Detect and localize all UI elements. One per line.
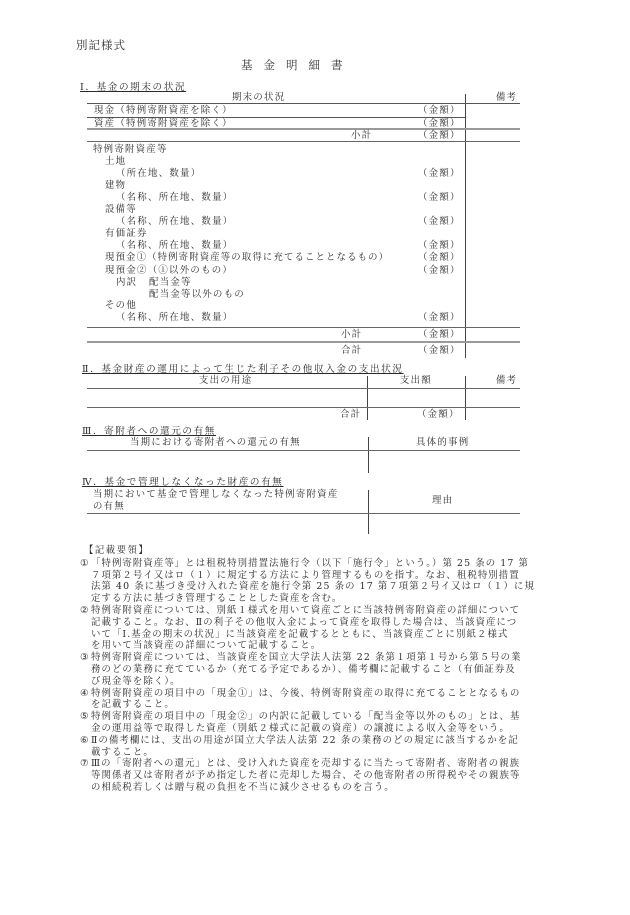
section2-total-rule — [87, 407, 520, 408]
deposit1-amount: （金額） — [418, 253, 461, 262]
section3-heading: Ⅲ．寄附者への還元の有無 — [82, 427, 216, 437]
col-header-use: 支出の用途 — [199, 376, 252, 385]
section4-heading: Ⅳ．基金で管理しなくなった財産の有無 — [82, 478, 283, 488]
row-cash-label: 現金（特例寄附資産を除く） — [94, 106, 233, 115]
deposit1-label: 現預金①（特例寄附資産等の取得に充てることとなるもの） — [105, 253, 389, 262]
item-equipment-label: 設備等 — [105, 205, 137, 214]
breakdown-label: 内訳 — [116, 278, 137, 287]
col-header-status: 期末の状況 — [232, 93, 285, 102]
row-cash-amount: （金額） — [418, 106, 461, 115]
note-text: 特例寄附資産の項目中の「現金①」は、今後、特例寄附資産の取得に充てることとなるも… — [91, 688, 550, 712]
notes-title: 【記載要領】 — [84, 545, 550, 557]
col-header-presence: 当期における寄附者への還元の有無 — [130, 438, 301, 447]
deposit2-amount: （金額） — [418, 266, 461, 275]
note-number: ⑦ — [80, 758, 91, 793]
note-number: ⑥ — [80, 735, 91, 759]
item-building-label: 建物 — [105, 181, 126, 190]
note-item: ⑦ Ⅲの「寄附者への還元」とは、受け入れた資産を売却するに当たって寄附者、寄附者… — [80, 758, 550, 793]
special-assets-heading: 特例寄附資産等 — [93, 145, 168, 154]
section3-header-rule — [87, 450, 520, 451]
note-text: Ⅲの「寄附者への還元」とは、受け入れた資産を売却するに当たって寄附者、寄附者の親… — [91, 758, 550, 793]
document-title: 基金明細書 — [241, 60, 354, 72]
item-other-amount: （金額） — [418, 313, 461, 322]
note-number: ② — [80, 605, 91, 652]
note-item: ② 特例寄附資産については、別紙１様式を用いて資産ごとに当該特例寄附資産の詳細に… — [80, 605, 550, 652]
col-header-amount: 支出額 — [400, 376, 432, 385]
breakdown-non-dividends: 配当金等以外のもの — [149, 290, 245, 299]
section1-divider — [465, 94, 466, 358]
note-number: ① — [80, 558, 91, 605]
note-text: 特例寄附資産の項目中の「現金②」の内訳に記載している「配当金等以外のもの」とは、… — [91, 711, 550, 735]
note-item: ⑤ 特例寄附資産の項目中の「現金②」の内訳に記載している「配当金等以外のもの」と… — [80, 711, 550, 735]
row-assets-label: 資産（特例寄附資産を除く） — [94, 119, 233, 128]
subtotal2-top-rule — [87, 327, 520, 328]
notes-section: 【記載要領】 ① 「特例寄附資産等」とは租税特別措置法施行令（以下「施行令」とい… — [80, 545, 550, 794]
note-text: Ⅱの備考欄には、支出の用途が国立大学法人法第 22 条の業務のどの規定に該当する… — [91, 735, 550, 759]
item-land-detail: （所在地、数量） — [116, 169, 201, 178]
form-label: 別記様式 — [76, 40, 126, 52]
item-other-detail: （名称、所在地、数量） — [116, 313, 233, 322]
subtotal1-rule — [87, 141, 520, 142]
item-equipment-amount: （金額） — [418, 217, 461, 226]
section2-total-amount: （金額） — [417, 410, 460, 419]
note-item: ④ 特例寄附資産の項目中の「現金①」は、今後、特例寄附資産の取得に充てることとな… — [80, 688, 550, 712]
subtotal2-label: 小計 — [341, 330, 362, 339]
col-header-presence-line1: 当期において基金で管理しなくなった特例寄附資産 — [93, 490, 339, 499]
subtotal2-amount: （金額） — [418, 330, 461, 339]
note-text: 特例寄附資産については、別紙１様式を用いて資産ごとに当該特例寄附資産の詳細につい… — [91, 605, 550, 652]
section4-divider — [368, 490, 369, 534]
item-land-amount: （金額） — [418, 169, 461, 178]
item-land-label: 土地 — [105, 157, 126, 166]
deposit2-label: 現預金②（①以外のもの） — [105, 266, 233, 275]
note-item: ③ 特例寄附資産については、当該資産を国立大学法人法第 22 条第１項第１号から… — [80, 652, 550, 687]
section2-divider-2 — [465, 376, 466, 420]
item-equipment-detail: （名称、所在地、数量） — [116, 217, 233, 226]
note-text: 「特例寄附資産等」とは租税特別措置法施行令（以下「施行令」という。）第 25 条… — [91, 558, 550, 605]
subtotal1-amount: （金額） — [418, 131, 461, 140]
subtotal1-label: 小計 — [351, 131, 372, 140]
section2-divider-1 — [367, 376, 368, 420]
section1-heading: Ⅰ．基金の期末の状況 — [80, 83, 186, 93]
note-text: 特例寄附資産については、当該資産を国立大学法人法第 22 条第１項第１号から第５… — [91, 652, 550, 687]
total-rule — [87, 341, 520, 343]
breakdown-dividends: 配当金等 — [149, 278, 192, 287]
item-building-detail: （名称、所在地、数量） — [116, 193, 233, 202]
col-header-remarks: 備考 — [496, 93, 517, 102]
col-header-presence-line2: の有無 — [93, 502, 125, 511]
item-other-label: その他 — [105, 301, 137, 310]
item-securities-detail: （名称、所在地、数量） — [116, 241, 233, 250]
item-securities-label: 有価証券 — [105, 229, 148, 238]
header-rule — [87, 103, 520, 104]
note-number: ③ — [80, 652, 91, 687]
col-header-remarks: 備考 — [496, 376, 517, 385]
note-item: ⑥ Ⅱの備考欄には、支出の用途が国立大学法人法第 22 条の業務のどの規定に該当… — [80, 735, 550, 759]
total-label: 合計 — [341, 346, 362, 355]
note-item: ① 「特例寄附資産等」とは租税特別措置法施行令（以下「施行令」という。）第 25… — [80, 558, 550, 605]
total-amount: （金額） — [418, 346, 461, 355]
note-number: ④ — [80, 688, 91, 712]
section2-heading: Ⅱ．基金財産の運用によって生じた利子その他収入金の支出状況 — [82, 365, 404, 375]
section2-header-rule — [87, 388, 520, 389]
row-assets-amount: （金額） — [418, 119, 461, 128]
section2-total-label: 合計 — [340, 410, 361, 419]
section4-header-rule — [87, 513, 520, 514]
item-securities-amount: （金額） — [418, 241, 461, 250]
col-header-examples: 具体的事例 — [416, 438, 469, 447]
section3-divider — [368, 437, 369, 473]
note-number: ⑤ — [80, 711, 91, 735]
col-header-reason: 理由 — [432, 496, 453, 505]
item-building-amount: （金額） — [418, 193, 461, 202]
